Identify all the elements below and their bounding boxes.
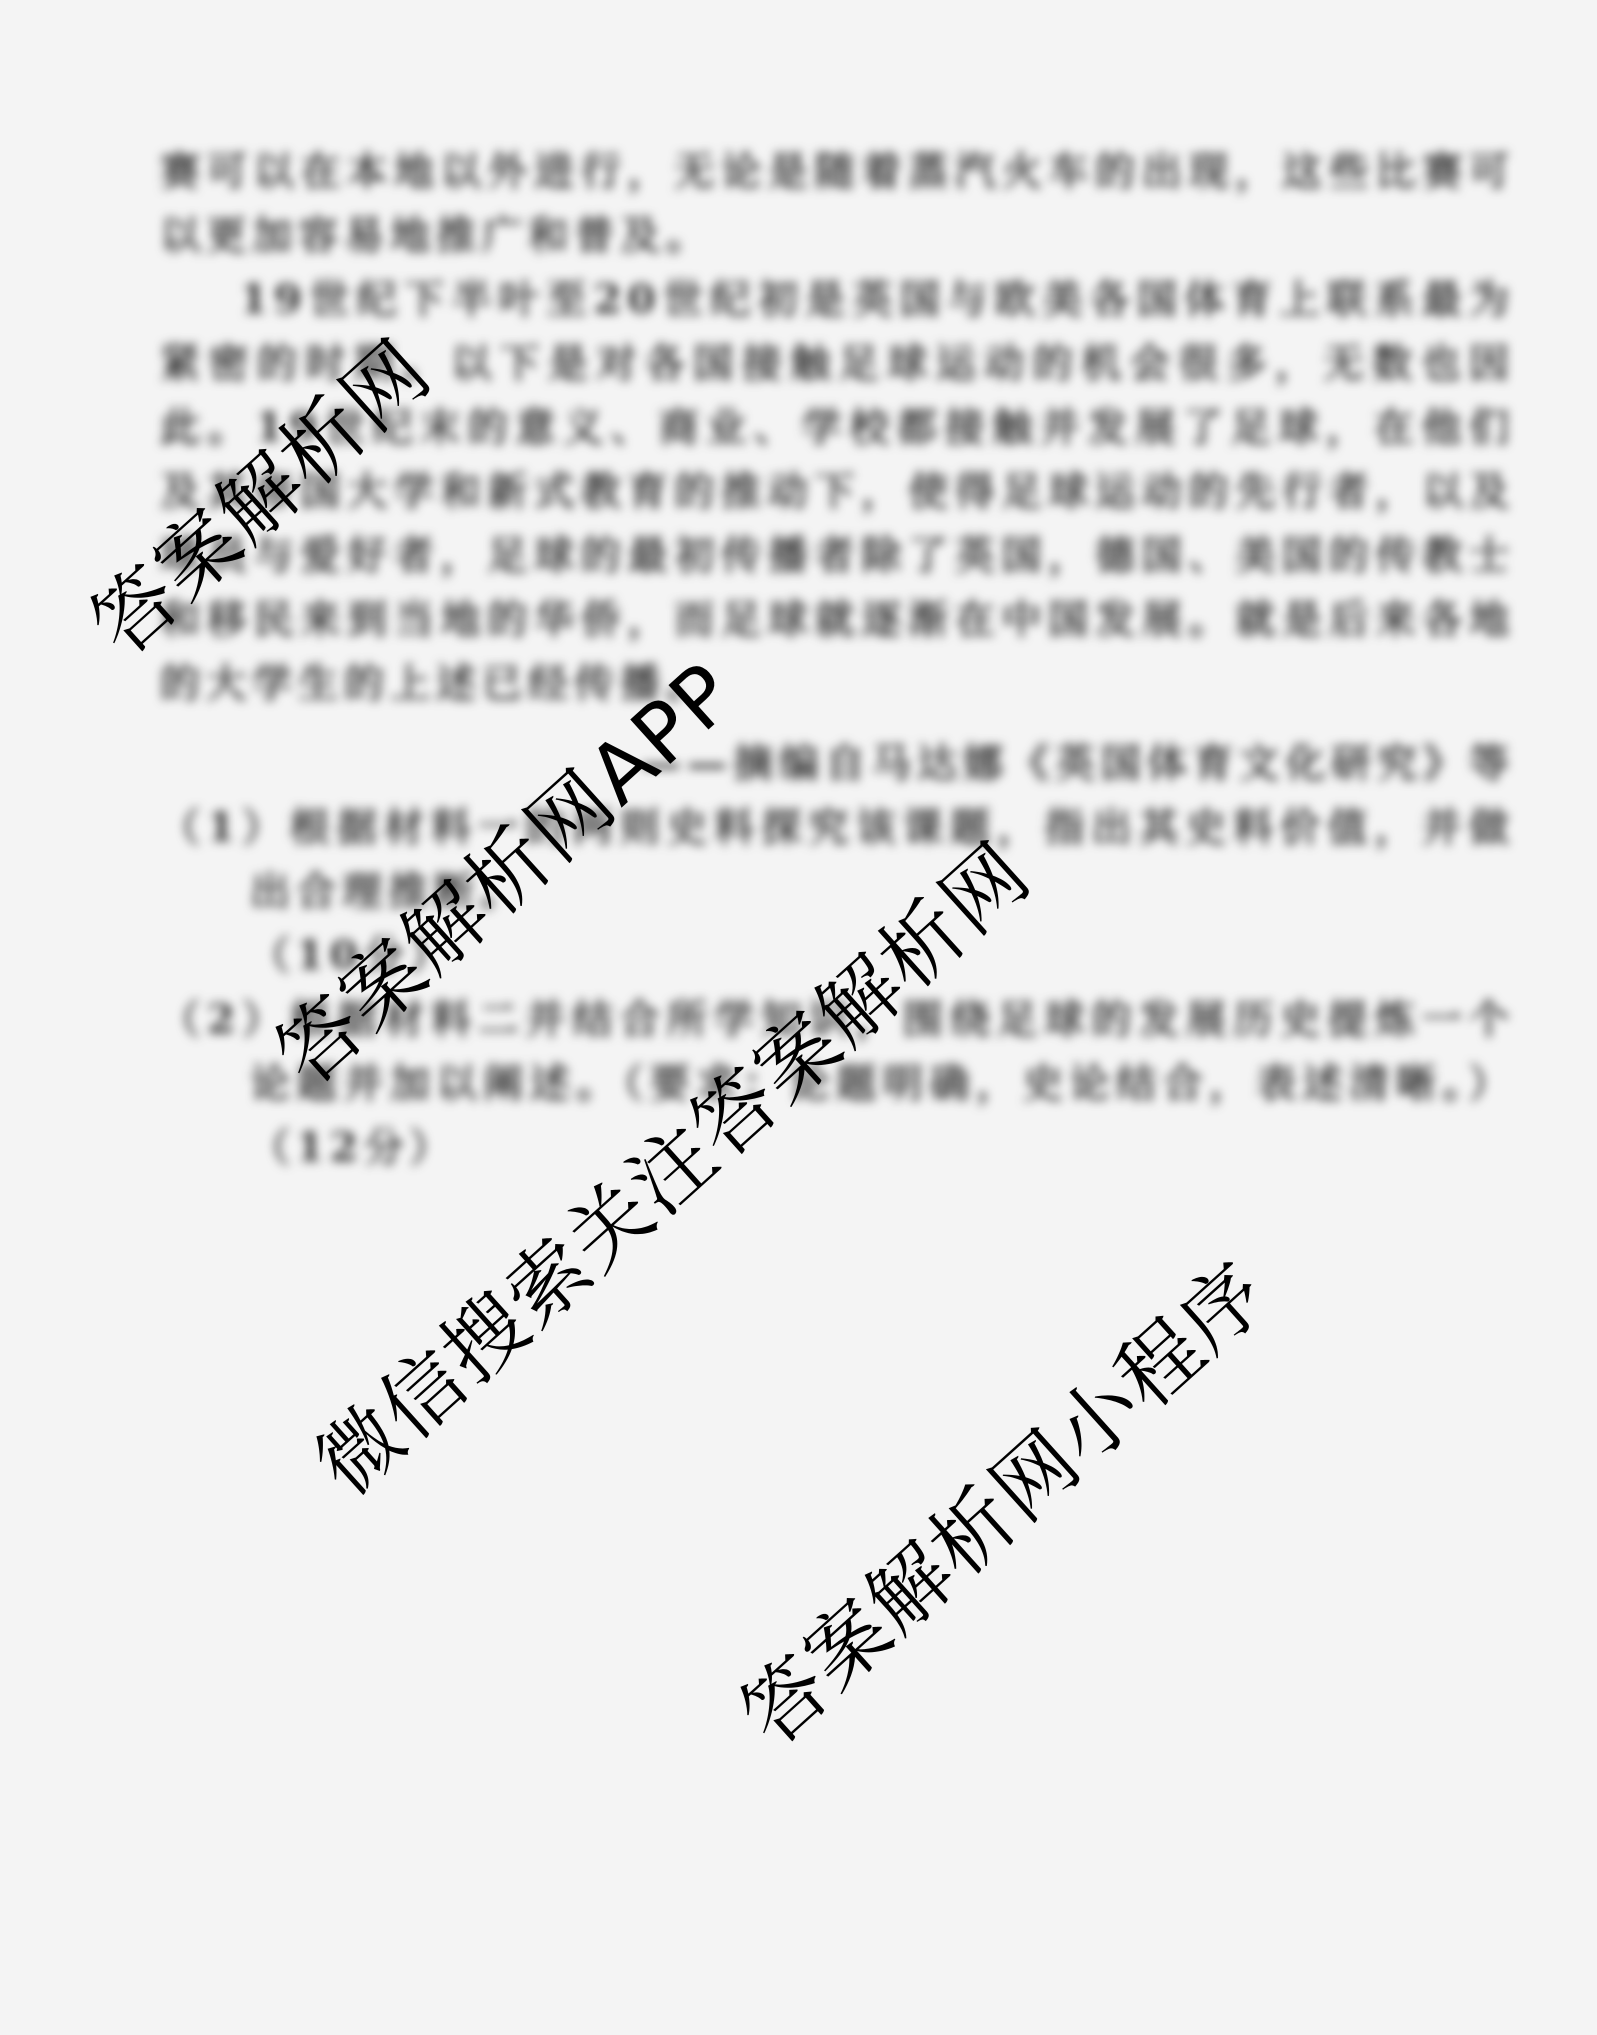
- source-citation: ——摘编自马达娜《英国体育文化研究》等: [160, 732, 1515, 796]
- document-page: 赛可以在本地以外进行，无论是随着蒸汽火车的出现，这些比赛可以更加容易地推广和普及…: [0, 0, 1597, 2035]
- question-1-text: （1）根据材料一的两则史料探究该课题，指出其史料价值，并做出合理推断。: [160, 804, 1515, 915]
- watermark-4: 答案解析网小程序: [712, 1230, 1290, 1767]
- paragraph-1: 赛可以在本地以外进行，无论是随着蒸汽火车的出现，这些比赛可以更加容易地推广和普及…: [160, 140, 1515, 268]
